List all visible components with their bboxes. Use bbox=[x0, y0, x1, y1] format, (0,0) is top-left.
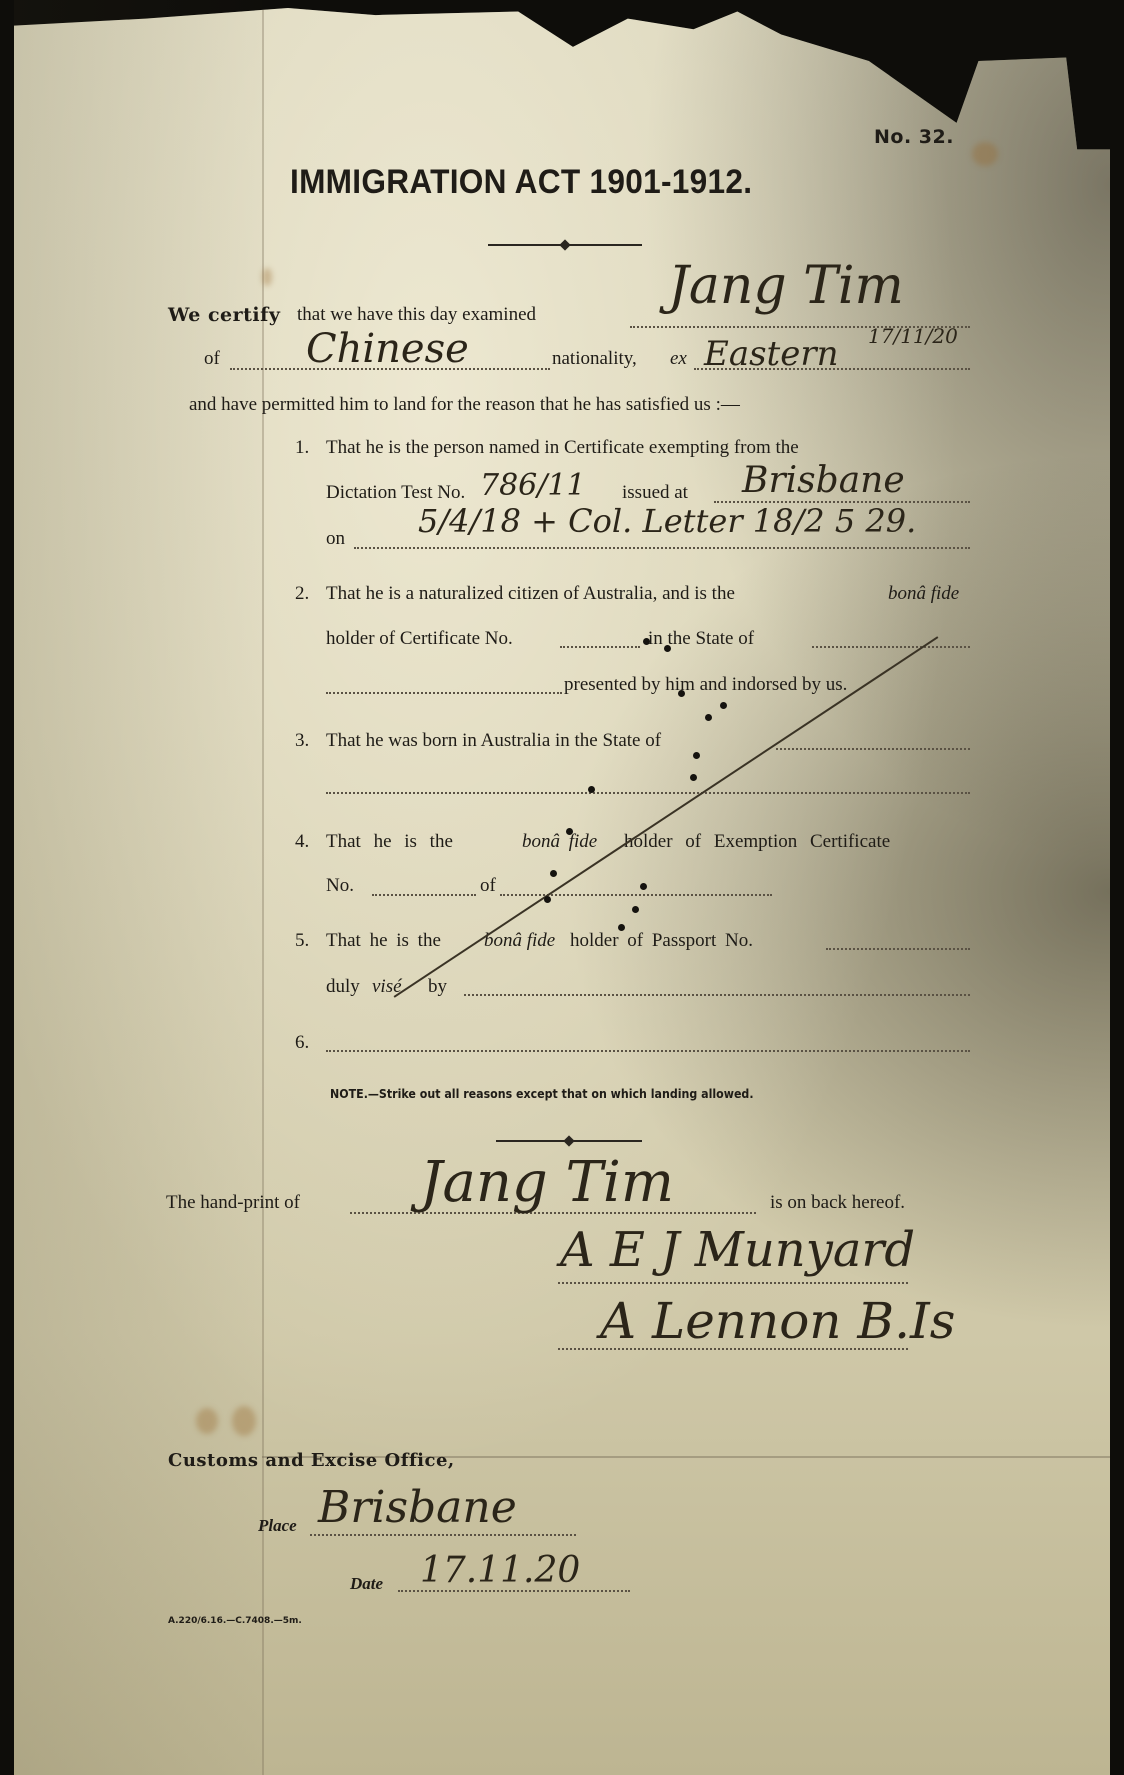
reason-2-text: That he is a naturalized citizen of Aust… bbox=[326, 583, 735, 605]
permitted-text: and have permitted him to land for the r… bbox=[189, 394, 740, 416]
handprint-suffix: is on back hereof. bbox=[770, 1192, 905, 1214]
certificate-no-label: holder of Certificate No. bbox=[326, 628, 513, 650]
reason-4-text-a: That he is the bbox=[326, 831, 453, 853]
office-label: Customs and Excise Office, bbox=[168, 1450, 455, 1471]
punch-hole bbox=[720, 702, 727, 709]
born-state-field bbox=[776, 748, 970, 750]
handprint-label: The hand-print of bbox=[166, 1192, 300, 1214]
nationality-label: nationality, bbox=[552, 348, 637, 370]
exemption-of-label: of bbox=[480, 875, 496, 897]
on-field bbox=[354, 547, 970, 549]
ornament-divider bbox=[496, 1140, 642, 1142]
reason-3-number: 3. bbox=[295, 730, 309, 752]
place-field bbox=[310, 1534, 576, 1536]
reason-5-number: 5. bbox=[295, 930, 309, 952]
of-label: of bbox=[204, 348, 220, 370]
stain bbox=[262, 268, 272, 286]
reason-4-number: 4. bbox=[295, 831, 309, 853]
punch-hole bbox=[705, 714, 712, 721]
date-label: Date bbox=[350, 1574, 383, 1594]
punch-hole bbox=[693, 752, 700, 759]
by-label: by bbox=[428, 976, 447, 998]
punch-hole bbox=[550, 870, 557, 877]
certificate-no-field bbox=[560, 646, 640, 648]
reason-4-text-c: holder of Exemption Certificate bbox=[624, 831, 890, 853]
document-title: IMMIGRATION ACT 1901-1912. bbox=[290, 163, 752, 202]
place-handwritten: Brisbane bbox=[318, 1482, 517, 1533]
punch-hole bbox=[632, 906, 639, 913]
reason-5-text-c: holder of Passport No. bbox=[570, 930, 753, 952]
form-number: No. 32. bbox=[874, 126, 954, 148]
passport-no-field bbox=[826, 948, 970, 950]
ex-label: ex bbox=[670, 348, 687, 370]
signature-line-1 bbox=[558, 1282, 908, 1284]
reason-3-text: That he was born in Australia in the Sta… bbox=[326, 730, 661, 752]
exemption-no-field bbox=[372, 894, 476, 896]
dictation-number-handwritten: 786/11 bbox=[480, 468, 586, 503]
punch-hole bbox=[643, 638, 650, 645]
ship-handwritten: Eastern bbox=[704, 334, 838, 374]
date-handwritten: 17.11.20 bbox=[420, 1550, 580, 1591]
place-label: Place bbox=[258, 1516, 297, 1536]
note-text: NOTE.—Strike out all reasons except that… bbox=[330, 1087, 754, 1101]
punch-hole bbox=[664, 645, 671, 652]
punch-hole bbox=[678, 690, 685, 697]
issued-at-label: issued at bbox=[622, 482, 688, 504]
presented-text: presented by him and indorsed by us. bbox=[564, 674, 847, 696]
ship-date-handwritten: 17/11/20 bbox=[868, 324, 958, 348]
born-extra-field bbox=[326, 792, 970, 794]
punch-hole bbox=[690, 774, 697, 781]
duly-label: duly bbox=[326, 976, 360, 998]
stain bbox=[232, 1406, 256, 1436]
issued-at-handwritten: Brisbane bbox=[742, 460, 905, 501]
signature-1: A E J Munyard bbox=[560, 1222, 915, 1278]
vise-by-field bbox=[464, 994, 970, 996]
dictation-label: Dictation Test No. bbox=[326, 482, 465, 504]
nationality-handwritten: Chinese bbox=[306, 326, 469, 372]
signature-2: A Lennon B.Is bbox=[600, 1292, 955, 1350]
reason-5-bona-fide: bonâ fide bbox=[484, 930, 555, 952]
reason-1-text: That he is the person named in Certifica… bbox=[326, 437, 799, 459]
handprint-name-handwritten: Jang Tim bbox=[420, 1150, 674, 1215]
punch-hole bbox=[640, 883, 647, 890]
exemption-no-label: No. bbox=[326, 875, 354, 897]
exemption-of-field bbox=[500, 894, 772, 896]
print-code: A.220/6.16.—C.7408.—5m. bbox=[168, 1616, 302, 1626]
certify-text: that we have this day examined bbox=[297, 304, 536, 326]
reason-5-text-a: That he is the bbox=[326, 930, 441, 952]
reason-2-bona-fide: bonâ fide bbox=[888, 583, 959, 605]
presented-field bbox=[326, 692, 562, 694]
punch-hole bbox=[566, 828, 573, 835]
punch-hole bbox=[588, 786, 595, 793]
on-label: on bbox=[326, 528, 345, 550]
examined-name-handwritten: Jang Tim bbox=[668, 256, 904, 316]
punch-hole bbox=[544, 896, 551, 903]
stain bbox=[972, 142, 998, 166]
state-field bbox=[812, 646, 970, 648]
certify-prefix: We certify bbox=[168, 304, 280, 326]
reason-1-number: 1. bbox=[295, 437, 309, 459]
reason-6-field bbox=[326, 1050, 970, 1052]
paper-shadow bbox=[14, 0, 262, 1775]
reason-6-number: 6. bbox=[295, 1032, 309, 1054]
stain bbox=[196, 1408, 218, 1434]
punch-hole bbox=[618, 924, 625, 931]
ornament-divider bbox=[488, 244, 642, 246]
reason-2-number: 2. bbox=[295, 583, 309, 605]
on-handwritten: 5/4/18 + Col. Letter 18/2 5 29. bbox=[418, 502, 916, 540]
reason-4-bona-fide: bonâ fide bbox=[522, 831, 597, 853]
